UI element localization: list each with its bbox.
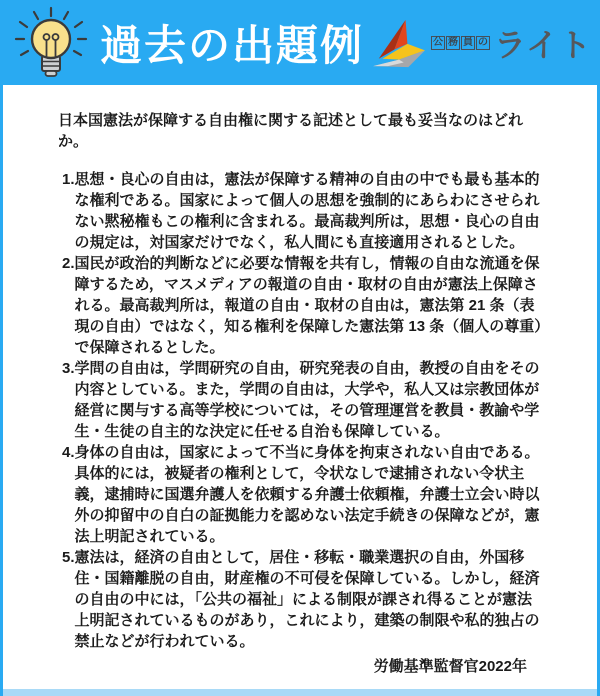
option-1-text: 思想・良心の自由は，憲法が保障する精神の自由の中でも最も基本的な権利である。国家… [75,169,547,253]
option-2: 2. 国民が政治的判断などに必要な情報を共有し，情報の自由な流通を保障するため，… [62,253,547,358]
bottom-strip [3,689,597,696]
options-list: 1. 思想・良心の自由は，憲法が保障する精神の自由の中でも最も基本的な権利である… [58,169,547,652]
option-1: 1. 思想・良心の自由は，憲法が保障する精神の自由の中でも最も基本的な権利である… [62,169,547,253]
paper-airplane-logo-icon [371,18,429,68]
option-5-text: 憲法は，経済の自由として，居住・移転・職業選択の自由，外国移住・国籍離脱の自由，… [75,547,547,652]
option-3-number: 3. [62,358,75,442]
brand-small-text: 公 務 員 の [431,36,490,50]
header-banner: 過去の出題例 公 務 員 の ライト [0,0,600,85]
brand-large-text: ライト [494,20,592,66]
option-4-number: 4. [62,442,75,547]
option-5-number: 5. [62,547,75,652]
option-3: 3. 学問の自由は，学問研究の自由，研究発表の自由，教授の自由をその内容としてい… [62,358,547,442]
option-4-text: 身体の自由は，国家によって不当に身体を拘束されない自由である。具体的には，被疑者… [75,442,547,547]
question-card: 日本国憲法が保障する自由権に関する記述として最も妥当なのはどれか。 1. 思想・… [3,85,597,689]
option-3-text: 学問の自由は，学問研究の自由，研究発表の自由，教授の自由をその内容としている。ま… [75,358,547,442]
option-2-text: 国民が政治的判断などに必要な情報を共有し，情報の自由な流通を保障するため，マスメ… [75,253,547,358]
option-4: 4. 身体の自由は，国家によって不当に身体を拘束されない自由である。具体的には，… [62,442,547,547]
option-1-number: 1. [62,169,75,253]
source-label: 労働基準監督官2022年 [58,656,547,677]
quiz-card-page: 過去の出題例 公 務 員 の ライト 日本国憲法が保障する自由権に関する記述と [0,0,600,696]
lightbulb-icon [12,6,90,80]
option-2-number: 2. [62,253,75,358]
left-border [0,85,3,696]
question-text: 日本国憲法が保障する自由権に関する記述として最も妥当なのはどれか。 [58,110,547,152]
option-5: 5. 憲法は，経済の自由として，居住・移転・職業選択の自由，外国移住・国籍離脱の… [62,547,547,652]
page-title: 過去の出題例 [100,13,364,73]
brand-logo: 公 務 員 の ライト [371,18,592,68]
